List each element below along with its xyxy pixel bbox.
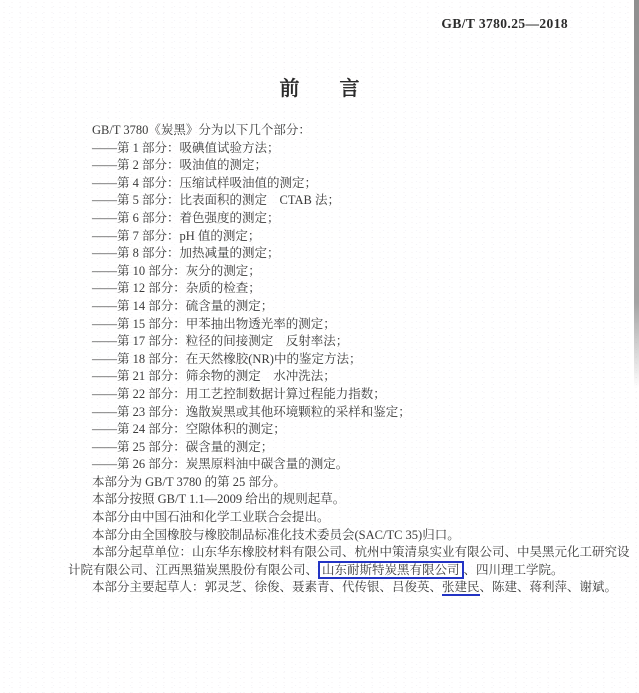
parts-list-item: ——第 6 部分：着色强度的测定； (68, 210, 634, 228)
statement-line: 本部分按照 GB/T 1.1—2009 给出的规则起草。 (68, 491, 634, 509)
parts-list-item: ——第 14 部分：硫含量的测定； (68, 298, 634, 316)
parts-list-item: ——第 22 部分：用工艺控制数据计算过程能力指数； (68, 386, 634, 404)
doc-number: GB/T 3780.25—2018 (441, 16, 568, 32)
parts-list-item: ——第 23 部分：逸散炭黑或其他环境颗粒的采样和鉴定； (68, 404, 634, 422)
parts-list-item: ——第 15 部分：甲苯抽出物透光率的测定； (68, 316, 634, 334)
parts-list-item: ——第 12 部分：杂质的检查； (68, 280, 634, 298)
parts-list-item: ——第 25 部分：碳含量的测定； (68, 439, 634, 457)
parts-list-item: ——第 5 部分：比表面积的测定 CTAB 法； (68, 192, 634, 210)
page-title: 前 言 (0, 72, 639, 101)
drafting-org-line2-prefix: 计院有限公司、江西黑猫炭黑股份有限公司、 (68, 563, 318, 577)
statement-line: 本部分由中国石油和化学工业联合会提出。 (68, 509, 634, 527)
drafters-line: 本部分主要起草人：郭灵芝、徐俊、聂素青、代传银、吕俊英、张建民、陈建、蒋利萍、谢… (68, 579, 634, 597)
parts-list-item: ——第 2 部分：吸油值的测定； (68, 157, 634, 175)
parts-intro: GB/T 3780《炭黑》分为以下几个部分： (68, 122, 634, 140)
parts-list-item: ——第 8 部分：加热减量的测定； (68, 245, 634, 263)
parts-list-item: ——第 10 部分：灰分的测定； (68, 263, 634, 281)
underlined-drafter-annotation: 张建民 (442, 580, 480, 596)
statement-line: 本部分由全国橡胶与橡胶制品标准化技术委员会(SAC/TC 35)归口。 (68, 527, 634, 545)
drafting-org-line2-suffix: 、四川理工学院。 (464, 563, 564, 577)
drafters-prefix: 本部分主要起草人：郭灵芝、徐俊、聂素青、代传银、吕俊英、 (92, 580, 442, 594)
parts-list: ——第 1 部分：吸碘值试验方法；——第 2 部分：吸油值的测定；——第 4 部… (68, 140, 634, 474)
drafting-org-line1: 本部分起草单位：山东华东橡胶材料有限公司、杭州中策清泉实业有限公司、中昊黑元化工… (68, 544, 634, 562)
document-page: GB/T 3780.25—2018 前 言 GB/T 3780《炭黑》分为以下几… (0, 0, 639, 693)
drafters-suffix: 、陈建、蒋利萍、谢斌。 (480, 580, 618, 594)
parts-list-item: ——第 17 部分：粒径的间接测定 反射率法； (68, 333, 634, 351)
boxed-company-annotation: 山东耐斯特炭黑有限公司 (318, 561, 464, 579)
foreword-body: GB/T 3780《炭黑》分为以下几个部分： ——第 1 部分：吸碘值试验方法；… (68, 122, 634, 597)
parts-list-item: ——第 4 部分：压缩试样吸油值的测定； (68, 175, 634, 193)
parts-list-item: ——第 24 部分：空隙体积的测定； (68, 421, 634, 439)
statements-block: 本部分为 GB/T 3780 的第 25 部分。本部分按照 GB/T 1.1—2… (68, 474, 634, 544)
drafting-org-line2: 计院有限公司、江西黑猫炭黑股份有限公司、山东耐斯特炭黑有限公司、四川理工学院。 (68, 562, 634, 580)
parts-list-item: ——第 7 部分：pH 值的测定； (68, 228, 634, 246)
parts-list-item: ——第 18 部分：在天然橡胶(NR)中的鉴定方法； (68, 351, 634, 369)
parts-list-item: ——第 26 部分：炭黑原料油中碳含量的测定。 (68, 456, 634, 474)
parts-list-item: ——第 1 部分：吸碘值试验方法； (68, 140, 634, 158)
parts-list-item: ——第 21 部分：筛余物的测定 水冲洗法； (68, 368, 634, 386)
statement-line: 本部分为 GB/T 3780 的第 25 部分。 (68, 474, 634, 492)
scan-edge-artifact (634, 0, 639, 388)
